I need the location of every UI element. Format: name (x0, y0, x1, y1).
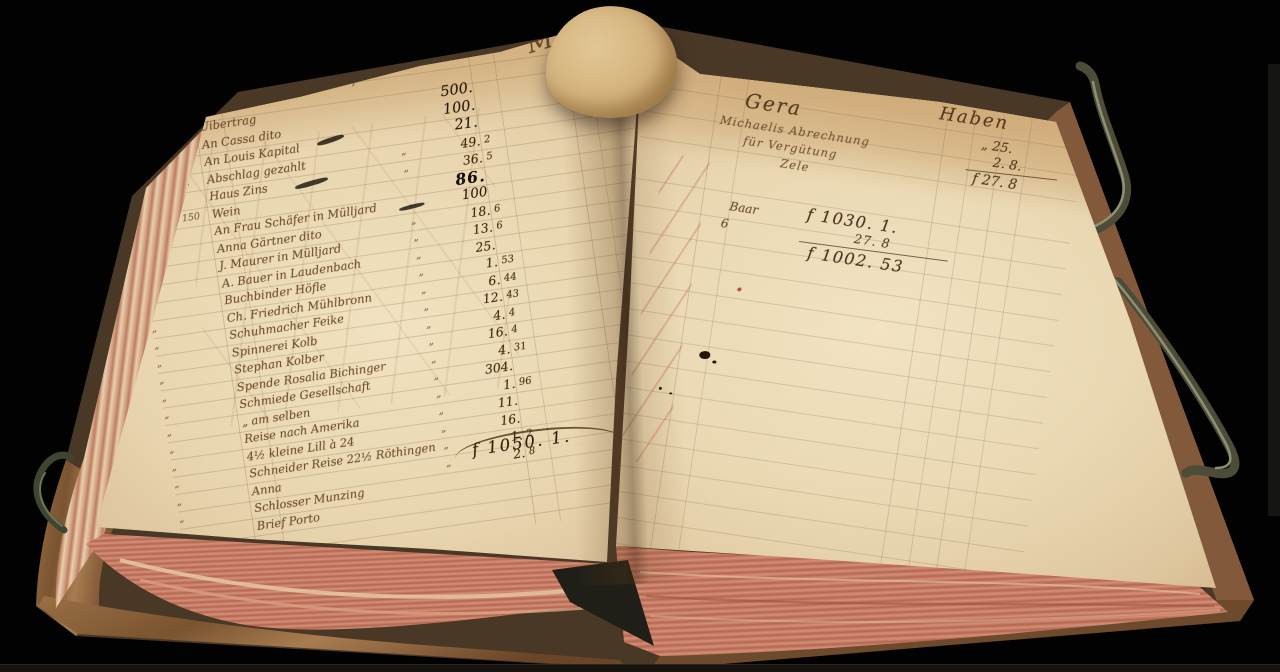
cash-note: 6 (720, 216, 730, 231)
photo-right-edge-shadow (1268, 64, 1280, 516)
table-edge-strip (0, 664, 1280, 672)
ledger-photo: M Bendt auf 1858 Aug 14 Uibertrag 500. „… (0, 0, 1280, 672)
